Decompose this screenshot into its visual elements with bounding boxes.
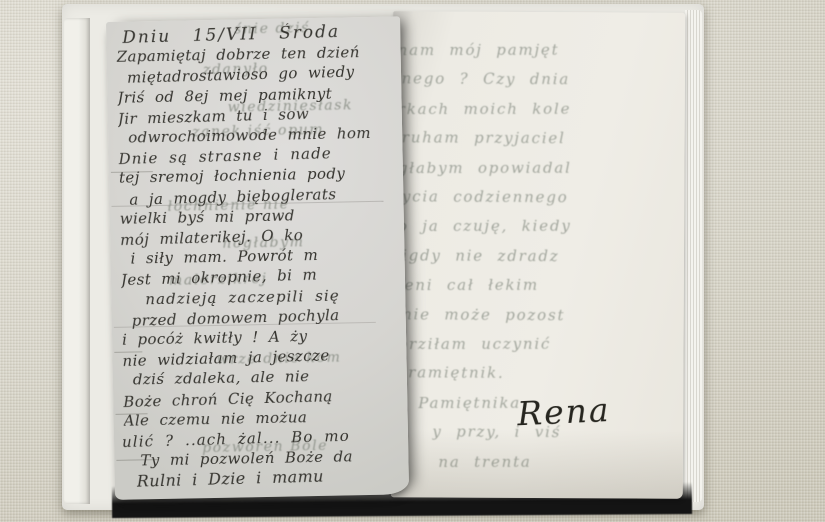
showthrough-line: orziłam uczynić <box>398 330 628 360</box>
showthrough-line: rkach moich kole <box>398 94 628 124</box>
showthrough-line: ruham przyjaciel <box>402 123 628 154</box>
showthrough-line: nie może pozost <box>402 300 628 331</box>
showthrough-line: o ja czuję, kiedy <box>398 212 628 242</box>
showthrough-line: nam mój pamjęt <box>398 36 628 66</box>
photo-open-diary: nam mój pamjętnego ? Czy dniarkach moich… <box>0 0 825 522</box>
showthrough-line: głabym opowiadal <box>398 153 628 183</box>
showthrough-line: na trenta <box>438 447 628 477</box>
showthrough-line: nego ? Czy dnia <box>402 65 628 96</box>
handwriting-text-block: Dniu 15/VII ŚrodaZapamiętaj dobrze ten d… <box>116 21 406 491</box>
diary-right-page: nam mój pamjętnego ? Czy dniarkach moich… <box>391 11 686 499</box>
showthrough-line: ramiętnik. <box>408 359 628 390</box>
diary-left-page: śnie dziśzdanyłowiedziniesłaskzanek iść … <box>106 16 409 500</box>
rena-signature: Rena <box>516 390 611 433</box>
showthrough-line: ycia codziennego <box>402 182 628 213</box>
showthrough-line: ieni cał łekim <box>398 271 628 301</box>
showthrough-line: igdy nie zdradz <box>402 241 628 272</box>
